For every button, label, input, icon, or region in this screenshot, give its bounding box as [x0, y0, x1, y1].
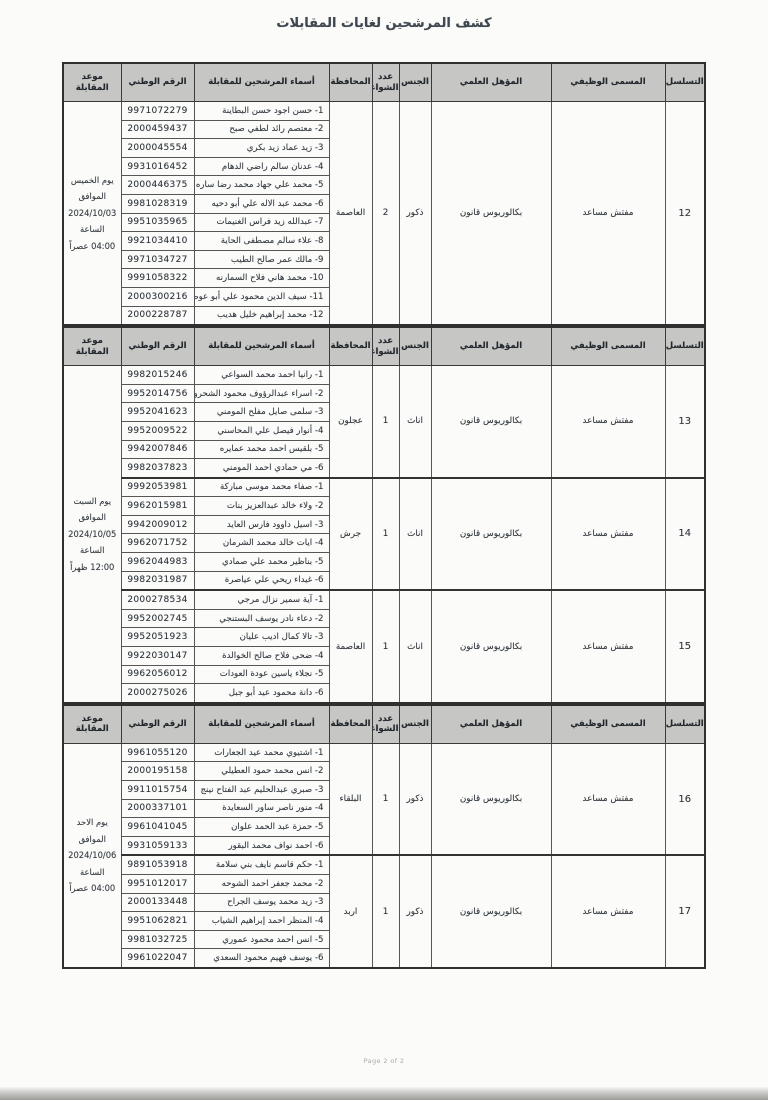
interview-date-cell: يوم الاحد الموافق2024/10/06الساعة04:00 ع…: [63, 743, 121, 968]
qualification-cell: بكالوريوس قانون: [431, 102, 551, 326]
national-id-cell: 9911015754: [121, 781, 194, 800]
interview-date-line: 2024/10/05: [64, 526, 121, 542]
candidate-row: 12مفتش مساعدبكالوريوس قانونذكور2العاصمة1…: [63, 102, 705, 121]
national-id-cell: 2000446375: [121, 176, 194, 195]
national-id-cell: 2000045554: [121, 139, 194, 158]
interview-date-line: 2024/10/03: [64, 205, 121, 221]
candidate-row: 15مفتش مساعدبكالوريوس قانوناناث1العاصمة1…: [63, 590, 705, 609]
candidate-name-cell: 7- عبدالله زيد فراس الغنيمات: [194, 213, 329, 232]
candidate-name-cell: 1- حكم قاسم نايف بني سلامة: [194, 855, 329, 874]
interview-date-line: الساعة: [64, 221, 121, 237]
header-candidates: أسماء المرشحين للمقابلة: [194, 705, 329, 744]
national-id-cell: 9952041623: [121, 403, 194, 422]
header-gender: الجنس: [399, 705, 431, 744]
national-id-cell: 2000275026: [121, 684, 194, 703]
header-vacancies: عدد الشواغر: [372, 327, 399, 366]
national-id-cell: 9982015246: [121, 366, 194, 385]
vacancies-cell: 2: [372, 102, 399, 326]
national-id-cell: 9921034410: [121, 232, 194, 251]
candidate-name-cell: 6- مي حمادي احمد المومني: [194, 459, 329, 478]
interview-date-line: يوم الخميس: [64, 172, 121, 188]
candidate-name-cell: 6- غيداء ريحي علي عياصرة: [194, 571, 329, 590]
qualification-cell: بكالوريوس قانون: [431, 743, 551, 855]
interview-date-cell: يوم الخميسالموافق2024/10/03الساعة04:00 ع…: [63, 102, 121, 326]
national-id-cell: 9931016452: [121, 157, 194, 176]
header-candidates: أسماء المرشحين للمقابلة: [194, 63, 329, 102]
candidate-name-cell: 12- محمد إبراهيم خليل هديب: [194, 306, 329, 325]
job-title-cell: مفتش مساعد: [551, 743, 665, 855]
national-id-cell: 2000300216: [121, 287, 194, 306]
candidate-name-cell: 3- اسيل داوود فارس العايد: [194, 515, 329, 534]
national-id-cell: 9952002745: [121, 609, 194, 628]
national-id-cell: 9942009012: [121, 515, 194, 534]
job-title-cell: مفتش مساعد: [551, 366, 665, 478]
serial-cell: 15: [665, 590, 705, 703]
candidate-name-cell: 3- زيد عماد زيد بكري: [194, 139, 329, 158]
candidate-name-cell: 2- محمد جعفر احمد الشوحه: [194, 874, 329, 893]
candidate-name-cell: 4- منور ناصر ساور السعايدة: [194, 799, 329, 818]
gender-cell: ذكور: [399, 855, 431, 968]
national-id-cell: 9951035965: [121, 213, 194, 232]
table-header-row: التسلسلالمسمى الوظيفيالمؤهل العلميالجنسع…: [63, 63, 705, 102]
national-id-cell: 9981032725: [121, 930, 194, 949]
national-id-cell: 9962056012: [121, 665, 194, 684]
candidate-row: 13مفتش مساعدبكالوريوس قانوناناث1عجلون1- …: [63, 366, 705, 385]
national-id-cell: 9952014756: [121, 384, 194, 403]
serial-cell: 13: [665, 366, 705, 478]
header-gender: الجنس: [399, 63, 431, 102]
header-governorate: المحافظة: [329, 705, 372, 744]
national-id-cell: 9891053918: [121, 855, 194, 874]
candidate-name-cell: 5- حمزة عبد الحمد علوان: [194, 818, 329, 837]
gender-cell: اناث: [399, 590, 431, 703]
serial-cell: 14: [665, 478, 705, 591]
national-id-cell: 9961055120: [121, 743, 194, 762]
national-id-cell: 9991058322: [121, 269, 194, 288]
qualification-cell: بكالوريوس قانون: [431, 478, 551, 591]
candidate-name-cell: 5- محمد علي جهاد محمد رضا ساره: [194, 176, 329, 195]
candidate-name-cell: 5- انس احمد محمود عموري: [194, 930, 329, 949]
candidate-name-cell: 1- اشتيوي محمد عيد الجعارات: [194, 743, 329, 762]
header-national-id: الرقم الوطني: [121, 705, 194, 744]
job-title-cell: مفتش مساعد: [551, 102, 665, 326]
table-header-row: التسلسلالمسمى الوظيفيالمؤهل العلميالجنسع…: [63, 705, 705, 744]
header-national-id: الرقم الوطني: [121, 327, 194, 366]
header-serial: التسلسل: [665, 63, 705, 102]
candidate-name-cell: 3- سلمى صايل مفلح المومني: [194, 403, 329, 422]
header-vacancies: عدد الشواغر: [372, 63, 399, 102]
header-interview-date: موعد المقابلة: [63, 705, 121, 744]
governorate-cell: اربد: [329, 855, 372, 968]
national-id-cell: 9981028319: [121, 194, 194, 213]
candidate-name-cell: 2- دعاء نادر يوسف البستنجي: [194, 609, 329, 628]
header-job-title: المسمى الوظيفي: [551, 327, 665, 366]
governorate-cell: البلقاء: [329, 743, 372, 855]
national-id-cell: 9961022047: [121, 949, 194, 968]
national-id-cell: 9951062821: [121, 912, 194, 931]
candidates-table-section-3: التسلسلالمسمى الوظيفيالمؤهل العلميالجنسع…: [62, 704, 706, 969]
header-job-title: المسمى الوظيفي: [551, 705, 665, 744]
candidate-name-cell: 5- بناظير محمد علي صمادي: [194, 553, 329, 572]
interview-date-line: الموافق: [64, 509, 121, 525]
national-id-cell: 2000133448: [121, 893, 194, 912]
national-id-cell: 9952009522: [121, 421, 194, 440]
header-vacancies: عدد الشواغر: [372, 705, 399, 744]
header-qualification: المؤهل العلمي: [431, 705, 551, 744]
national-id-cell: 2000228787: [121, 306, 194, 325]
candidate-name-cell: 6- احمد نواف محمد البقور: [194, 836, 329, 855]
national-id-cell: 9971072279: [121, 102, 194, 121]
candidate-name-cell: 4- ضحى فلاح صالح الخوالدة: [194, 647, 329, 666]
job-title-cell: مفتش مساعد: [551, 590, 665, 703]
governorate-cell: عجلون: [329, 366, 372, 478]
national-id-cell: 9922030147: [121, 647, 194, 666]
national-id-cell: 2000459437: [121, 120, 194, 139]
table-header-row: التسلسلالمسمى الوظيفيالمؤهل العلميالجنسع…: [63, 327, 705, 366]
vacancies-cell: 1: [372, 366, 399, 478]
candidate-row: 14مفتش مساعدبكالوريوس قانوناناث1جرش1- صف…: [63, 478, 705, 497]
page-title: كشف المرشحين لغايات المقابلات: [0, 16, 768, 31]
interview-date-cell: يوم السبتالموافق2024/10/05الساعة12:00 ظه…: [63, 366, 121, 703]
interview-date-line: يوم السبت: [64, 493, 121, 509]
governorate-cell: العاصمة: [329, 590, 372, 703]
qualification-cell: بكالوريوس قانون: [431, 855, 551, 968]
vacancies-cell: 1: [372, 855, 399, 968]
header-gender: الجنس: [399, 327, 431, 366]
governorate-cell: جرش: [329, 478, 372, 591]
tables-container: التسلسلالمسمى الوظيفيالمؤهل العلميالجنسع…: [62, 62, 706, 969]
qualification-cell: بكالوريوس قانون: [431, 590, 551, 703]
candidate-name-cell: 6- دانة محمود عيد أبو جبل: [194, 684, 329, 703]
gender-cell: اناث: [399, 366, 431, 478]
document-page: كشف المرشحين لغايات المقابلات التسلسلالم…: [0, 0, 768, 1100]
national-id-cell: 9982031987: [121, 571, 194, 590]
serial-cell: 12: [665, 102, 705, 326]
candidate-name-cell: 5- نجلاء ياسين عودة العودات: [194, 665, 329, 684]
vacancies-cell: 1: [372, 478, 399, 591]
header-serial: التسلسل: [665, 327, 705, 366]
qualification-cell: بكالوريوس قانون: [431, 366, 551, 478]
header-governorate: المحافظة: [329, 327, 372, 366]
scan-edge: [0, 1087, 768, 1100]
candidate-row: 16مفتش مساعدبكالوريوس قانونذكور1البلقاء1…: [63, 743, 705, 762]
interview-date-line: 12:00 ظهراً: [64, 559, 121, 575]
interview-date-line: 04:00 عصراً: [64, 880, 121, 896]
national-id-cell: 9952051923: [121, 628, 194, 647]
candidate-name-cell: 5- بلقيس احمد محمد عمايره: [194, 440, 329, 459]
candidate-name-cell: 4- عدنان سالم راضي الدهام: [194, 157, 329, 176]
interview-date-line: الموافق: [64, 188, 121, 204]
candidate-name-cell: 3- صبري عبدالحليم عبد الفتاح نينج: [194, 781, 329, 800]
national-id-cell: 9951012017: [121, 874, 194, 893]
job-title-cell: مفتش مساعد: [551, 478, 665, 591]
national-id-cell: 9961041045: [121, 818, 194, 837]
header-governorate: المحافظة: [329, 63, 372, 102]
national-id-cell: 2000195158: [121, 762, 194, 781]
national-id-cell: 9931059133: [121, 836, 194, 855]
national-id-cell: 9962015981: [121, 497, 194, 516]
header-qualification: المؤهل العلمي: [431, 63, 551, 102]
header-qualification: المؤهل العلمي: [431, 327, 551, 366]
job-title-cell: مفتش مساعد: [551, 855, 665, 968]
national-id-cell: 9982037823: [121, 459, 194, 478]
candidate-name-cell: 11- سيف الدين محمود علي أبو عوض: [194, 287, 329, 306]
header-candidates: أسماء المرشحين للمقابلة: [194, 327, 329, 366]
interview-date-line: 2024/10/06: [64, 847, 121, 863]
interview-date-line: يوم الاحد الموافق: [64, 814, 121, 847]
interview-date-line: 04:00 عصراً: [64, 238, 121, 254]
interview-date-line: الساعة: [64, 542, 121, 558]
national-id-cell: 9962044983: [121, 553, 194, 572]
candidate-name-cell: 6- محمد عبد الاله علي أبو دحيه: [194, 194, 329, 213]
candidate-name-cell: 1- صفاء محمد موسى مباركة: [194, 478, 329, 497]
gender-cell: اناث: [399, 478, 431, 591]
candidate-name-cell: 4- ايات خالد محمد الشرمان: [194, 534, 329, 553]
header-job-title: المسمى الوظيفي: [551, 63, 665, 102]
candidates-table-section-2: التسلسلالمسمى الوظيفيالمؤهل العلميالجنسع…: [62, 326, 706, 704]
candidate-name-cell: 2- معتصم رائد لطفي صبح: [194, 120, 329, 139]
candidate-name-cell: 9- مالك عمر صالح الطيب: [194, 250, 329, 269]
candidates-table-section-1: التسلسلالمسمى الوظيفيالمؤهل العلميالجنسع…: [62, 62, 706, 326]
vacancies-cell: 1: [372, 743, 399, 855]
header-interview-date: موعد المقابلة: [63, 327, 121, 366]
national-id-cell: 2000278534: [121, 590, 194, 609]
national-id-cell: 9971034727: [121, 250, 194, 269]
header-national-id: الرقم الوطني: [121, 63, 194, 102]
gender-cell: ذكور: [399, 743, 431, 855]
national-id-cell: 2000337101: [121, 799, 194, 818]
page-footer: Page 2 of 2: [0, 1057, 768, 1065]
candidate-row: 17مفتش مساعدبكالوريوس قانونذكور1اربد1- ح…: [63, 855, 705, 874]
candidate-name-cell: 2- اسراء عبدالرؤوف محمود الشحروري: [194, 384, 329, 403]
candidate-name-cell: 2- ولاء خالد عبدالعزيز بنات: [194, 497, 329, 516]
candidate-name-cell: 6- يوسف فهيم محمود السعدي: [194, 949, 329, 968]
candidate-name-cell: 1- آية سمير نزال مرجي: [194, 590, 329, 609]
header-interview-date: موعد المقابلة: [63, 63, 121, 102]
national-id-cell: 9992053981: [121, 478, 194, 497]
governorate-cell: العاصمة: [329, 102, 372, 326]
candidate-name-cell: 4- المنظر احمد إبراهيم الشياب: [194, 912, 329, 931]
candidate-name-cell: 2- انس محمد حمود العطيلي: [194, 762, 329, 781]
candidate-name-cell: 3- زيد محمد يوسف الجراح: [194, 893, 329, 912]
candidate-name-cell: 1- حسن اجود حسن البطاينة: [194, 102, 329, 121]
gender-cell: ذكور: [399, 102, 431, 326]
header-serial: التسلسل: [665, 705, 705, 744]
candidate-name-cell: 3- تالا كمال اديب عليان: [194, 628, 329, 647]
vacancies-cell: 1: [372, 590, 399, 703]
candidate-name-cell: 1- رانيا احمد محمد السواعي: [194, 366, 329, 385]
serial-cell: 17: [665, 855, 705, 968]
candidate-name-cell: 8- علاء سالم مصطفى الحاية: [194, 232, 329, 251]
national-id-cell: 9942007846: [121, 440, 194, 459]
serial-cell: 16: [665, 743, 705, 855]
interview-date-line: الساعة: [64, 864, 121, 880]
candidate-name-cell: 10- محمد هاني فلاح السمارنه: [194, 269, 329, 288]
candidate-name-cell: 4- أنوار فيصل علي المحاسني: [194, 421, 329, 440]
national-id-cell: 9962071752: [121, 534, 194, 553]
